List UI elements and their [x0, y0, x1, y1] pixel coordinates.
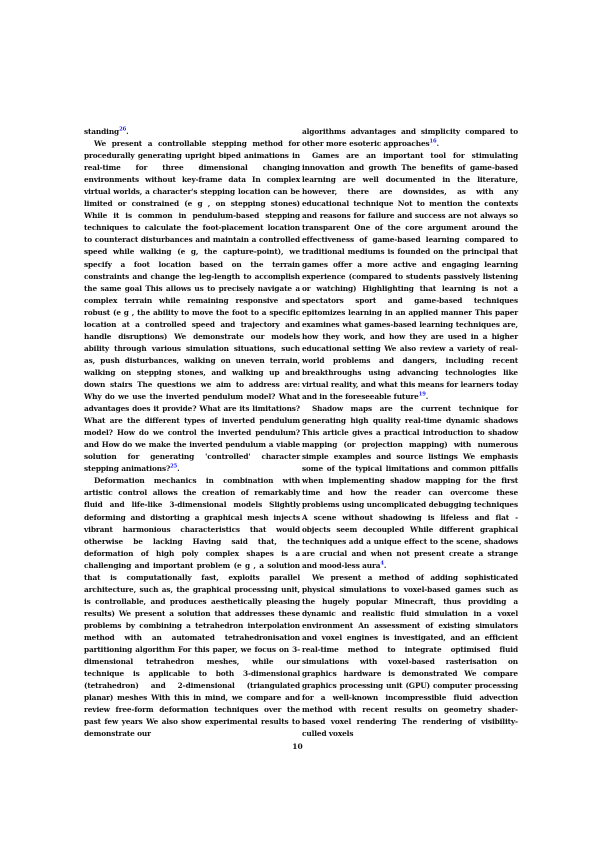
- citation-link[interactable]: 19: [419, 392, 426, 398]
- left-column: standing26. We present a controllable st…: [84, 126, 300, 740]
- paragraph-text: We present a method of adding sophistica…: [302, 573, 518, 739]
- punctuation: .: [126, 127, 128, 136]
- punctuation: .: [384, 561, 386, 570]
- paragraph: Deformation mechanics in combination wit…: [84, 475, 300, 740]
- punctuation: .: [426, 392, 428, 401]
- paragraph-text: standing: [84, 127, 119, 136]
- paragraph: Shadow maps are the current technique fo…: [302, 403, 518, 572]
- paragraph: algorithms advantages and simplicity com…: [302, 126, 518, 150]
- paragraph-text: We present a controllable stepping metho…: [84, 139, 300, 473]
- paragraph-text: Shadow maps are the current technique fo…: [302, 404, 518, 570]
- paragraph: standing26.: [84, 126, 300, 138]
- citation-link[interactable]: 26: [119, 127, 126, 133]
- right-column: algorithms advantages and simplicity com…: [302, 126, 518, 740]
- paragraph-text: algorithms advantages and simplicity com…: [302, 127, 518, 148]
- page-number: 10: [0, 742, 595, 751]
- paragraph: We present a method of adding sophistica…: [302, 572, 518, 741]
- punctuation: .: [437, 139, 439, 148]
- punctuation: .: [177, 464, 179, 473]
- paragraph: We present a controllable stepping metho…: [84, 138, 300, 475]
- citation-link[interactable]: 16: [430, 139, 437, 145]
- paragraph-text: Games are an important tool for stimulat…: [302, 151, 518, 401]
- paper-page: standing26. We present a controllable st…: [0, 0, 595, 842]
- paragraph: Games are an important tool for stimulat…: [302, 150, 518, 403]
- paragraph-text: Deformation mechanics in combination wit…: [84, 476, 300, 738]
